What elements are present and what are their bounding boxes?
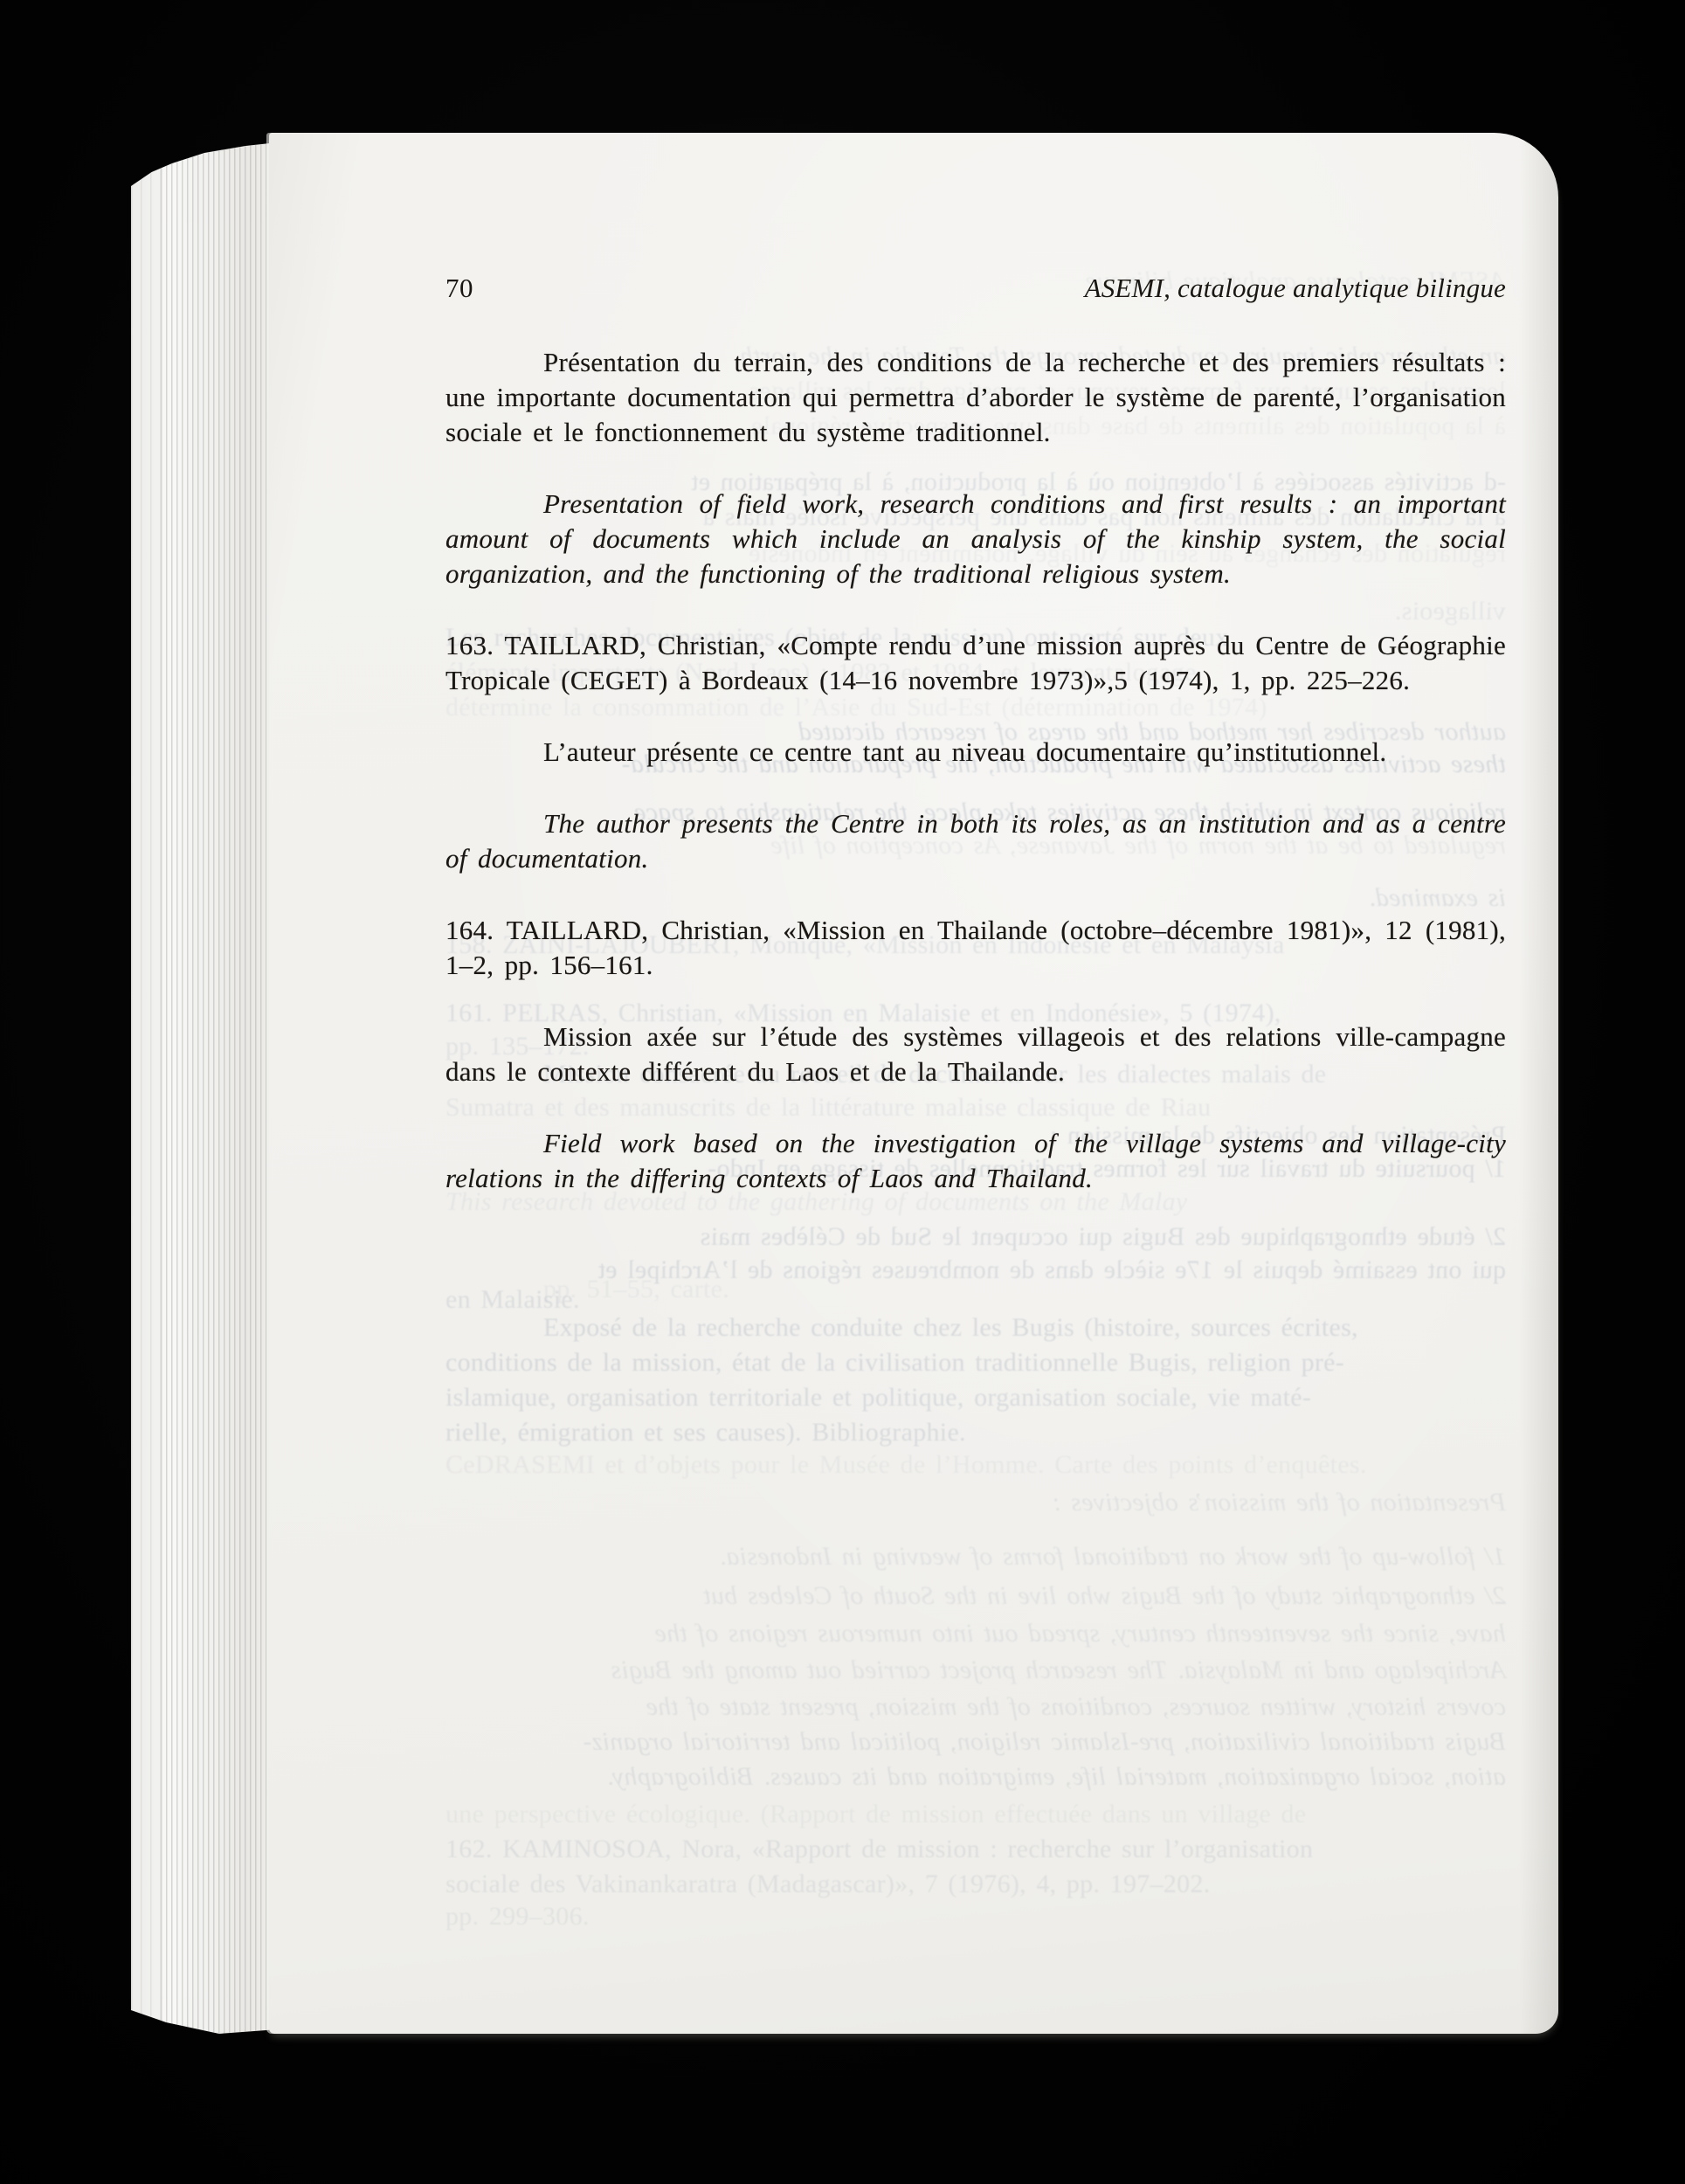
book-page-edges (131, 142, 278, 2036)
ghost-line: Bugis traditional civilization, pre-Isla… (445, 1724, 1506, 1759)
ghost-line: 1/ follow-up of the work on traditional … (445, 1539, 1506, 1574)
page-number: 70 (445, 273, 473, 304)
page-edge-lines-outer (131, 142, 161, 2036)
running-title: ASEMI, catalogue analytique bilingue (1085, 273, 1506, 304)
entry-164: 164. TAILLARD, Christian, «Mission en Th… (445, 913, 1506, 983)
ghost-line: have, since the seventeenth century, spr… (445, 1616, 1506, 1651)
ghost-line: sociale des Vakinankaratra (Madagascar)»… (445, 1867, 1506, 1902)
paragraph-french-abstract-3: Mission axée sur l’étude des systèmes vi… (445, 1019, 1506, 1089)
page-header: 70 ASEMI, catalogue analytique bilingue (445, 273, 1506, 304)
ghost-line: pp. 51–55, carte. (445, 1272, 1506, 1307)
ghost-line: rielle, émigration et ses causes). Bibli… (445, 1415, 1506, 1450)
ghost-line: conditions de la mission, état de la civ… (445, 1345, 1506, 1380)
paragraph-english-abstract-1: Presentation of field work, research con… (445, 487, 1506, 591)
ghost-line: ation, social organization, material lif… (445, 1759, 1506, 1794)
ghost-line: Archipelago and in Malaysia. The researc… (445, 1653, 1506, 1688)
ghost-line: 2/ ethnographic study of the Bugis who l… (445, 1579, 1506, 1614)
ghost-line: pp. 299–306. (445, 1899, 1506, 1934)
ghost-line: 162. KAMINOSOA, Nora, «Rapport de missio… (445, 1832, 1506, 1867)
paragraph-french-abstract-2: L’auteur présente ce centre tant au nive… (445, 735, 1506, 770)
ghost-line: CeDRASEMI et d’objets pour le Musée de l… (445, 1448, 1506, 1482)
scan-background: ASEMI, catalogue analytique bilinguean e… (0, 0, 1685, 2184)
ghost-line: covers history, written sources, conditi… (445, 1690, 1506, 1724)
paragraph-english-abstract-2: The author presents the Centre in both i… (445, 806, 1506, 876)
paragraph-french-abstract-1: Présentation du terrain, des conditions … (445, 345, 1506, 450)
ghost-line: une perspective écologique. (Rapport de … (445, 1797, 1506, 1832)
page-edge-lines-inner (161, 142, 278, 2036)
ghost-line: Exposé de la recherche conduite chez les… (445, 1310, 1506, 1345)
page-body: Présentation du terrain, des conditions … (445, 345, 1506, 1233)
entry-163: 163. TAILLARD, Christian, «Compte rendu … (445, 628, 1506, 698)
ghost-line: Presentation of the mission’s objectives… (445, 1485, 1506, 1520)
paragraph-english-abstract-3: Field work based on the investigation of… (445, 1126, 1506, 1196)
book-page: ASEMI, catalogue analytique bilinguean e… (269, 133, 1558, 2034)
ghost-line: islamique, organisation territoriale et … (445, 1380, 1506, 1415)
